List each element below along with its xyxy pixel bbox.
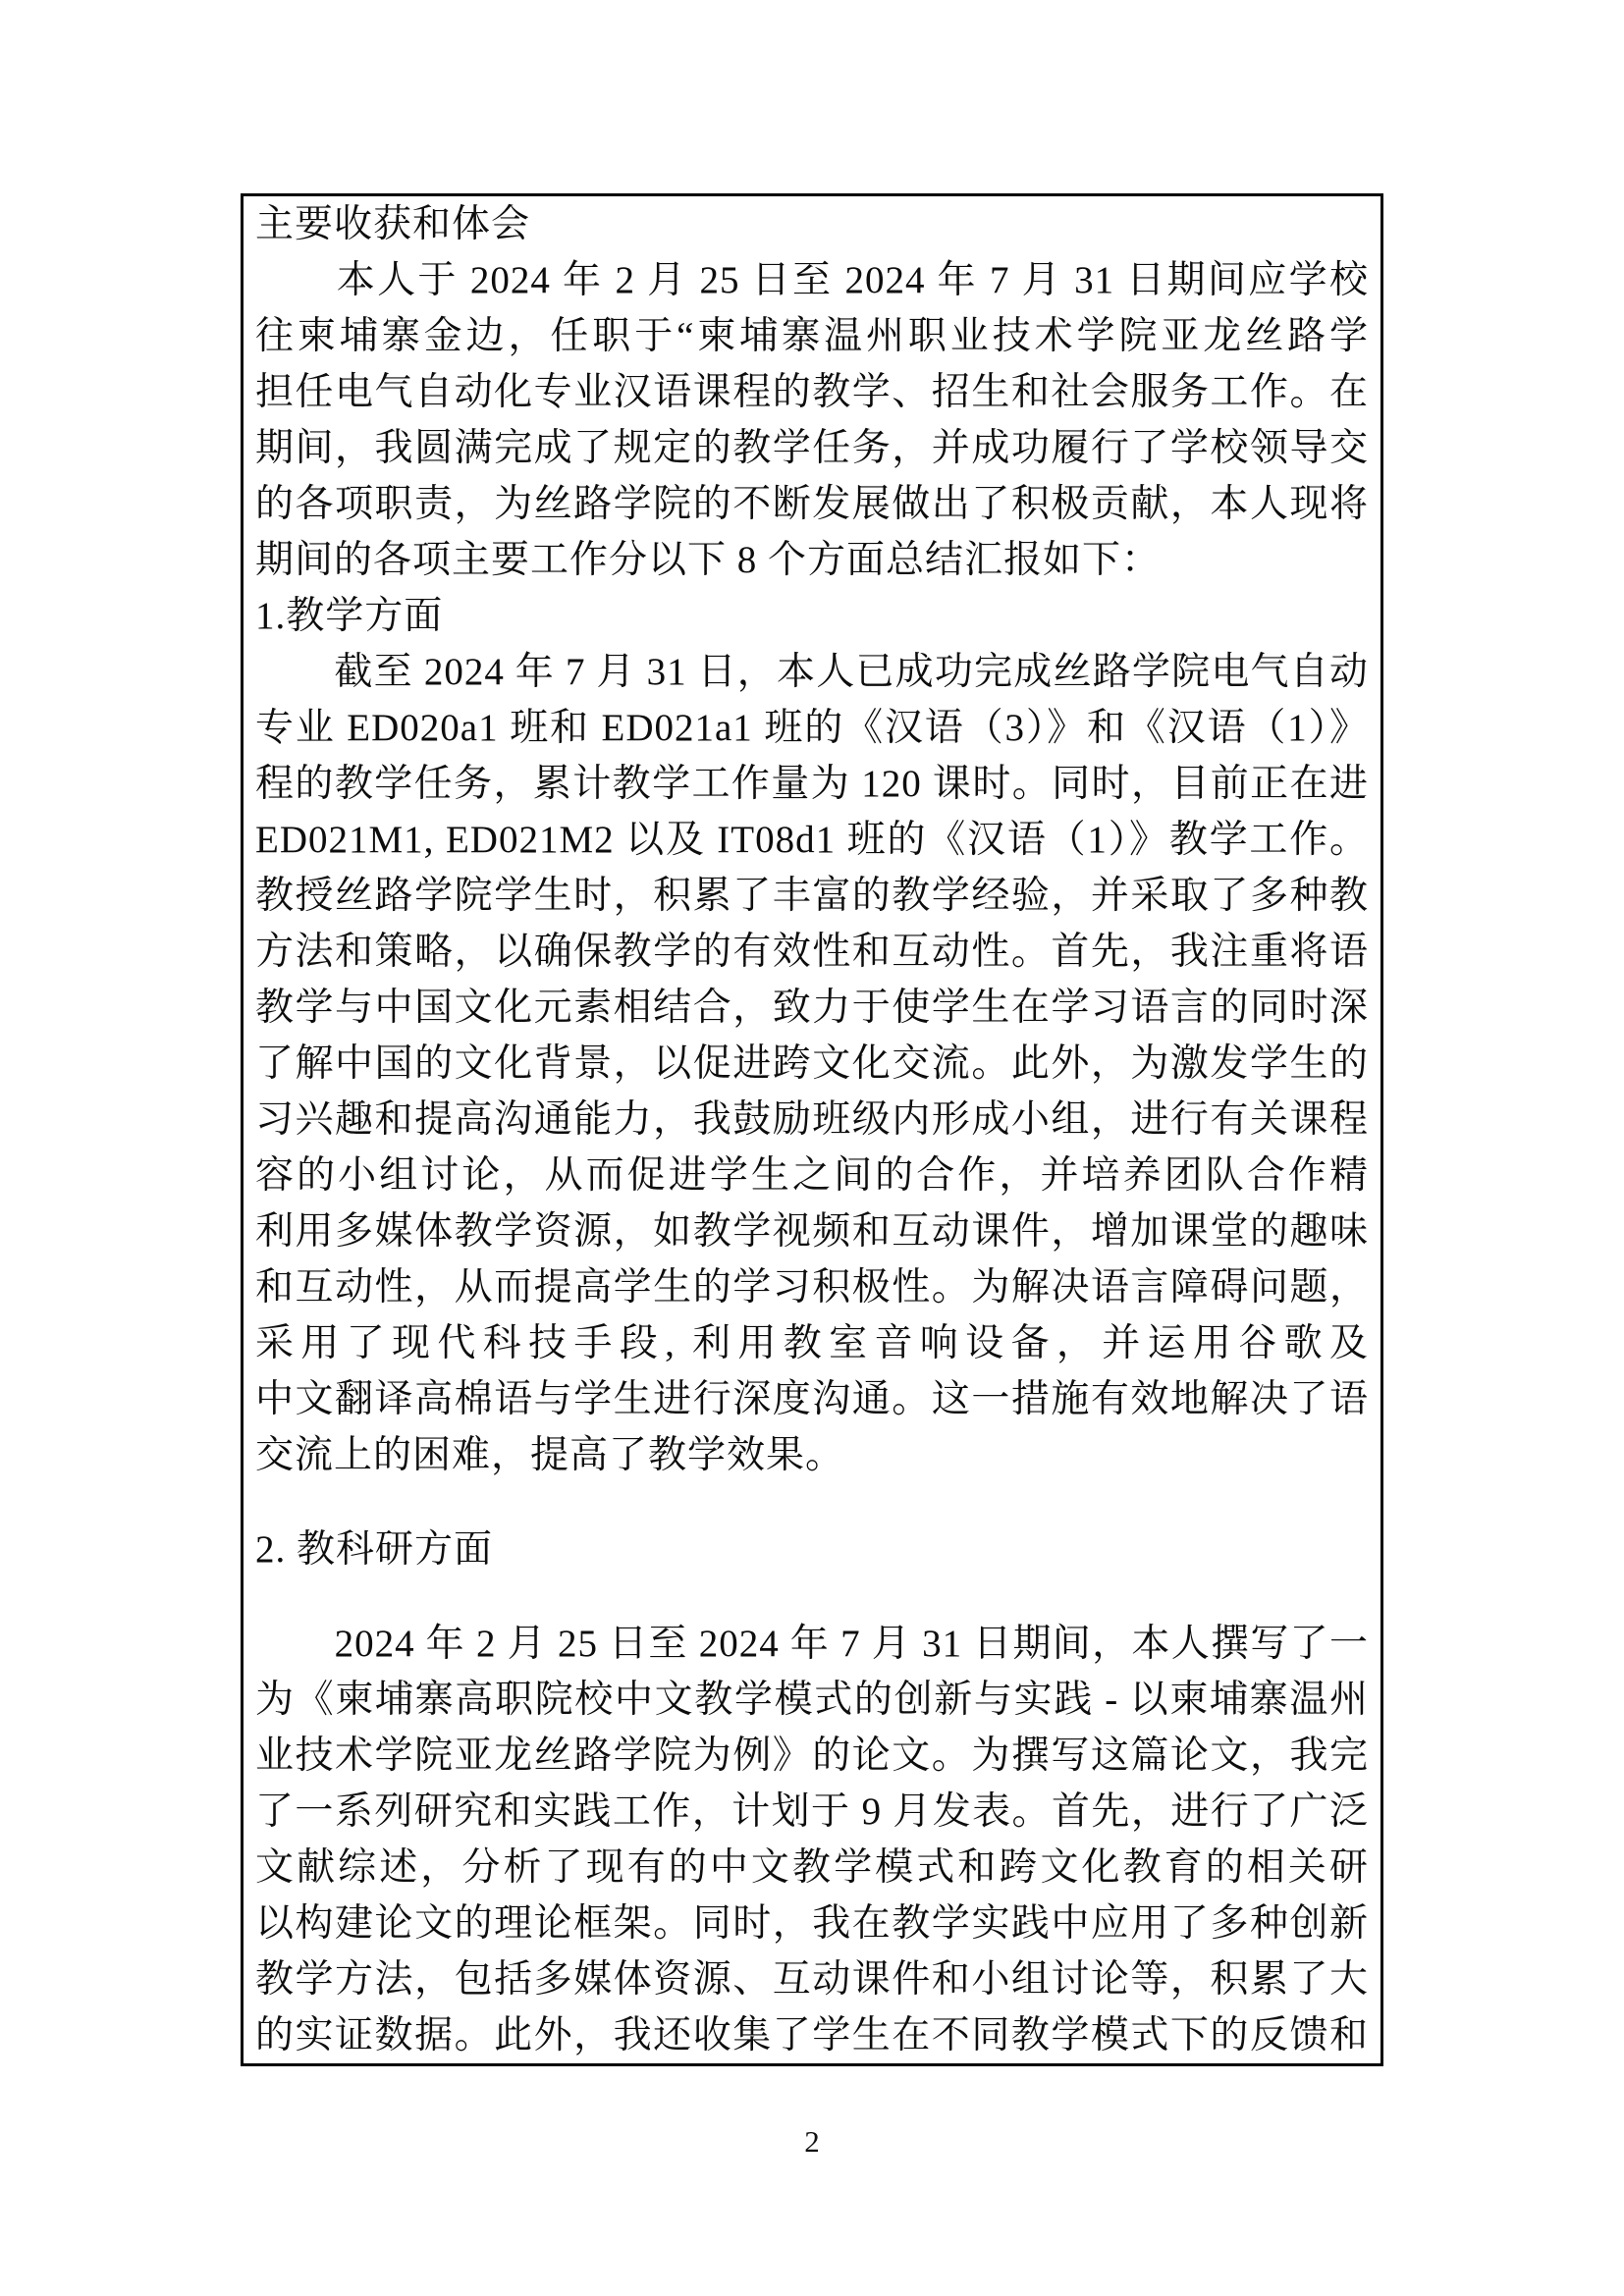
text-line: 教学方法，包括多媒体资源、互动课件和小组讨论等，积累了大量 <box>255 1951 1369 2007</box>
text-line: 的各项职责，为丝路学院的不断发展做出了积极贡献，本人现将此 <box>255 476 1369 532</box>
text-line: 以构建论文的理论框架。同时，我在教学实践中应用了多种创新的 <box>255 1896 1369 1951</box>
text-line: 专业 ED020a1 班和 ED021a1 班的《汉语（3）》和《汉语（1）》课 <box>255 700 1369 756</box>
text-line: 期间的各项主要工作分以下 8 个方面总结汇报如下： <box>255 532 1369 588</box>
text-line: 教学与中国文化元素相结合，致力于使学生在学习语言的同时深入 <box>255 980 1369 1036</box>
text-line: 2024 年 2 月 25 日至 2024 年 7 月 31 日期间，本人撰写了… <box>255 1616 1369 1672</box>
text-line: 业技术学院亚龙丝路学院为例》的论文。为撰写这篇论文，我完成 <box>255 1728 1369 1784</box>
text-line: 本人于 2024 年 2 月 25 日至 2024 年 7 月 31 日期间应学… <box>255 252 1369 308</box>
text-line: 和互动性，从而提高学生的学习积极性。为解决语言障碍问题，我 <box>255 1259 1369 1315</box>
text-line: 了解中国的文化背景，以促进跨文化交流。此外，为激发学生的学 <box>255 1036 1369 1092</box>
text-line: 利用多媒体教学资源，如教学视频和互动课件，增加课堂的趣味性 <box>255 1203 1369 1259</box>
text-line: 的实证数据。此外，我还收集了学生在不同教学模式下的反馈和学 <box>255 2007 1369 2063</box>
text-line: 程的教学任务，累计教学工作量为 120 课时。同时，目前正在进行 <box>255 756 1369 812</box>
text-line: 方法和策略，以确保教学的有效性和互动性。首先，我注重将语言 <box>255 924 1369 980</box>
blank-line <box>255 1483 1369 1522</box>
text-line: 采用了现代科技手段, 利用教室音响设备，并运用谷歌及 CHATGPT <box>255 1315 1369 1371</box>
text-line: ED021M1, ED021M2 以及 IT08d1 班的《汉语（1）》教学工作… <box>255 812 1369 868</box>
text-line: 2. 教科研方面 <box>255 1522 1369 1577</box>
text-line: 主要收获和体会 <box>255 196 1369 252</box>
report-body: 主要收获和体会 本人于 2024 年 2 月 25 日至 2024 年 7 月 … <box>255 196 1369 2063</box>
text-line: 了一系列研究和实践工作，计划于 9 月发表。首先，进行了广泛的 <box>255 1784 1369 1840</box>
text-line: 1.教学方面 <box>255 588 1369 644</box>
text-line: 截至 2024 年 7 月 31 日，本人已成功完成丝路学院电气自动化 <box>255 644 1369 700</box>
blank-line <box>255 1577 1369 1616</box>
report-table: 主要收获和体会 本人于 2024 年 2 月 25 日至 2024 年 7 月 … <box>241 193 1383 2066</box>
text-line: 习兴趣和提高沟通能力，我鼓励班级内形成小组，进行有关课程内 <box>255 1092 1369 1148</box>
text-line: 教授丝路学院学生时，积累了丰富的教学经验，并采取了多种教学 <box>255 868 1369 924</box>
text-line: 为《柬埔寨高职院校中文教学模式的创新与实践 - 以柬埔寨温州职 <box>255 1672 1369 1728</box>
text-line: 交流上的困难，提高了教学效果。 <box>255 1427 1369 1483</box>
text-line: 中文翻译高棉语与学生进行深度沟通。这一措施有效地解决了语言 <box>255 1371 1369 1427</box>
text-line: 期间，我圆满完成了规定的教学任务，并成功履行了学校领导交予 <box>255 420 1369 476</box>
text-line: 容的小组讨论，从而促进学生之间的合作，并培养团队合作精神。 <box>255 1148 1369 1203</box>
text-line: 担任电气自动化专业汉语课程的教学、招生和社会服务工作。在此 <box>255 364 1369 420</box>
text-line: 文献综述，分析了现有的中文教学模式和跨文化教育的相关研究， <box>255 1840 1369 1896</box>
text-line: 往柬埔寨金边，任职于“柬埔寨温州职业技术学院亚龙丝路学院”， <box>255 308 1369 364</box>
page-number: 2 <box>0 2122 1624 2162</box>
